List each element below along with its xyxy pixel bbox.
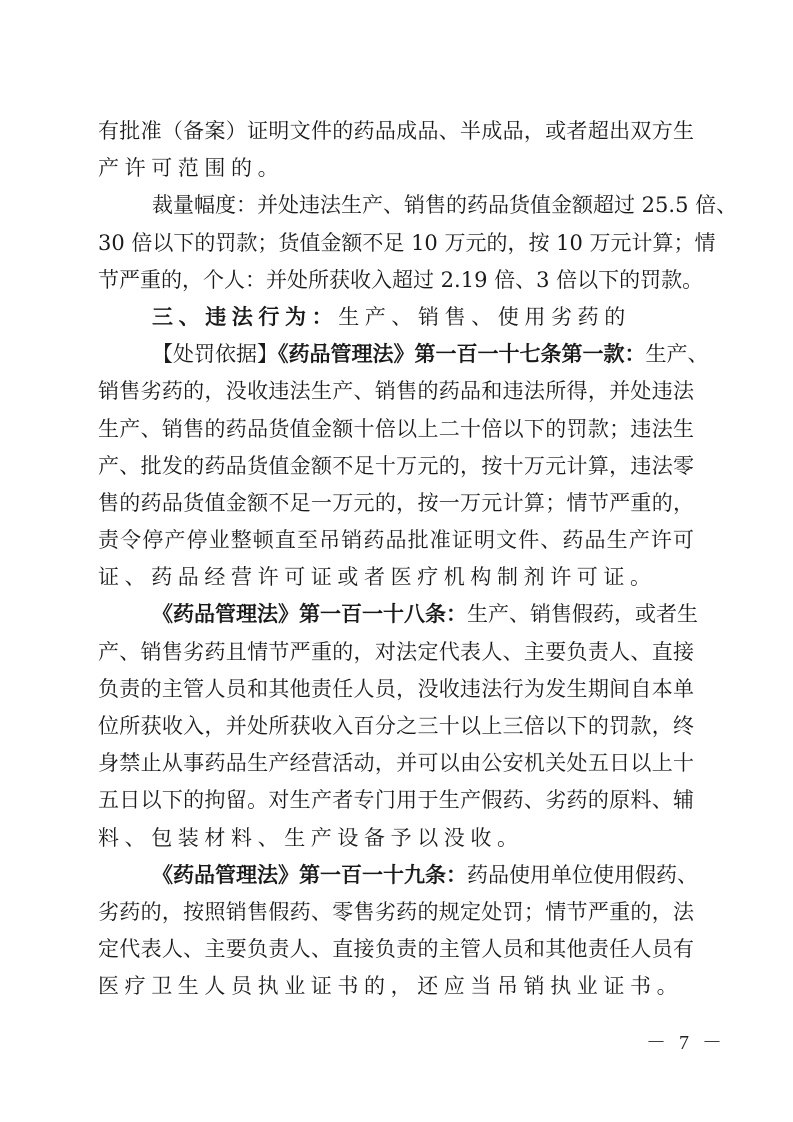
text-line: 位所获收入，并处所获收入百分之三十以上三倍以下的罚款，终 [98,708,694,745]
section-heading-label: 三、违法行为： [152,305,338,329]
text-line: 五日以下的拘留。对生产者专门用于生产假药、劣药的原料、辅 [98,782,694,819]
article-title: 《药品管理法》第一百一十八条： [152,602,467,626]
text-line: 产许可范围的。 [98,150,694,187]
text-line: 料、包装材料、生产设备予以没收。 [98,820,694,857]
section-heading: 三、违法行为：生产、销售、使用劣药的 [98,299,694,336]
text-line: 负责的主管人员和其他责任人员，没收违法行为发生期间自本单 [98,671,694,708]
article-lead-line: 《药品管理法》第一百一十九条：药品使用单位使用假药、 [98,857,694,894]
text-line: 销售劣药的，没收违法生产、销售的药品和违法所得，并处违法 [98,373,694,410]
text-fragment: 生产、销售假药，或者生 [467,602,698,626]
section-heading-text: 生产、销售、使用劣药的 [338,305,631,329]
text-line: 医疗卫生人员执业证书的，还应当吊销执业证书。 [98,968,694,1005]
article-lead-line: 《药品管理法》第一百一十八条：生产、销售假药，或者生 [98,596,694,633]
text-line: 售的药品货值金额不足一万元的，按一万元计算；情节严重的， [98,485,694,522]
text-line: 劣药的，按照销售假药、零售劣药的规定处罚；情节严重的，法 [98,894,694,931]
article-title: 《药品管理法》第一百一十九条： [152,863,467,887]
penalty-basis-label: 【处罚依据】 [152,342,278,366]
document-page: 有批准（备案）证明文件的药品成品、半成品，或者超出双方生 产许可范围的。 裁量幅… [98,113,694,1006]
text-line: 产、批发的药品货值金额不足十万元的，按十万元计算，违法零 [98,448,694,485]
text-line: 身禁止从事药品生产经营活动，并可以由公安机关处五日以上十 [98,745,694,782]
page-number: － 7 － [646,1026,726,1055]
text-line: 生产、销售的药品货值金额十倍以上二十倍以下的罚款；违法生 [98,411,694,448]
text-line: 有批准（备案）证明文件的药品成品、半成品，或者超出双方生 [98,113,694,150]
text-fragment: 药品使用单位使用假药、 [467,863,698,887]
text-line: 责令停产停业整顿直至吊销药品批准证明文件、药品生产许可 [98,522,694,559]
text-line: 节严重的，个人：并处所获收入超过 2.19 倍、3 倍以下的罚款。 [98,262,694,299]
text-line: 30 倍以下的罚款；货值金额不足 10 万元的，按 10 万元计算；情 [98,225,694,262]
text-line: 证、药品经营许可证或者医疗机构制剂许可证。 [98,559,694,596]
article-title: 《药品管理法》第一百一十七条第一款： [278,342,646,366]
text-line: 定代表人、主要负责人、直接负责的主管人员和其他责任人员有 [98,931,694,968]
text-fragment: 生产、 [646,342,709,366]
text-line: 裁量幅度：并处违法生产、销售的药品货值金额超过 25.5 倍、 [98,187,694,224]
article-lead-line: 【处罚依据】《药品管理法》第一百一十七条第一款：生产、 [98,336,694,373]
text-line: 产、销售劣药且情节严重的，对法定代表人、主要负责人、直接 [98,634,694,671]
